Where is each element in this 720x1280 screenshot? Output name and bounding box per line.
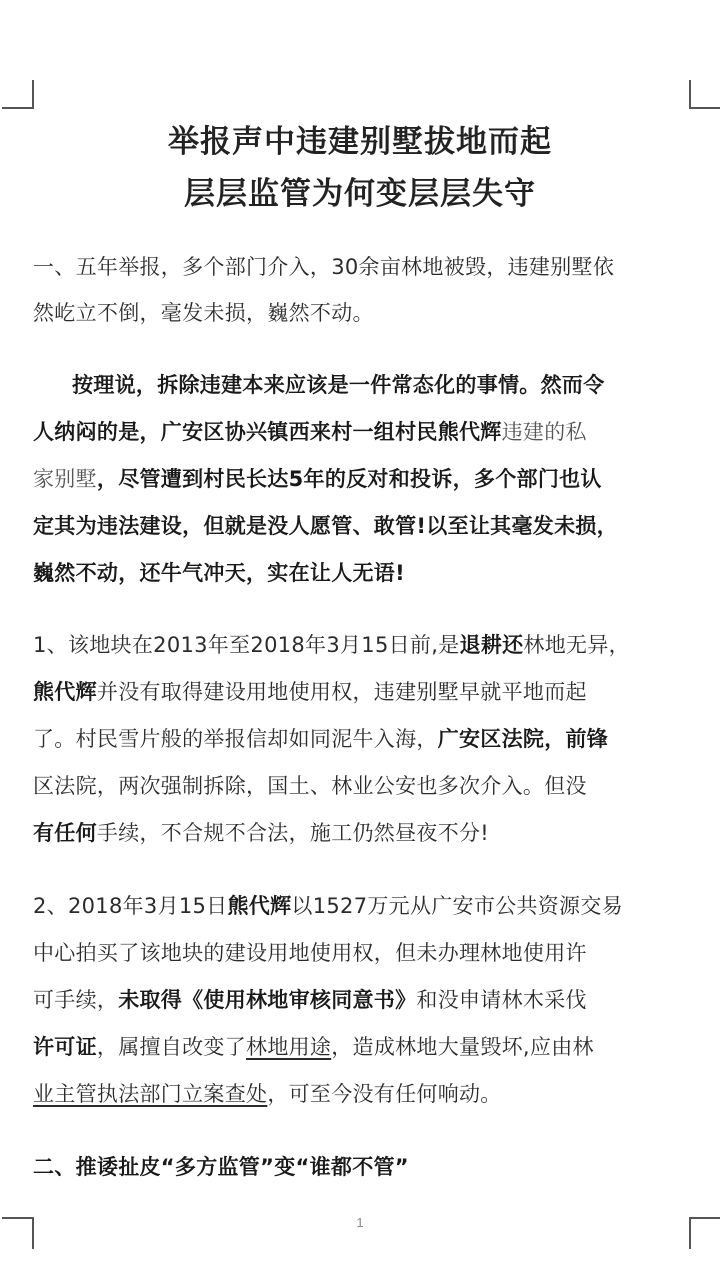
text-span: 定其为违法建设，但就是没人愿管、敢管!以至让其毫发未损， [33,514,618,538]
text-span: 熊代辉 [33,680,97,704]
text-span: 然屹立不倒，毫发未损，巍然不动。 [33,301,374,325]
text-span: 手续，不合规不合法，施工仍然昼夜不分! [97,821,489,845]
text-line: 许可证，属擅自改变了林地用途，造成林地大量毁坏,应由林 [33,1032,693,1062]
text-span: 有任何 [33,821,97,845]
document-page: 举报声中违建别墅拔地而起 层层监管为何变层层失守 一、五年举报，多个部门介入，3… [0,0,720,1280]
text-line: 一、五年举报，多个部门介入，30余亩林地被毁，违建别墅依 [33,252,693,282]
text-line: 区法院，两次强制拆除，国土、林业公安也多次介入。但没 [33,771,693,801]
text-span: 按理说，拆除违建本来应该是一件常态化的事情。然而令 [72,373,605,397]
text-line: 了。村民雪片般的举报信却如同泥牛入海，广安区法院，前锋 [33,724,693,754]
text-span: 1、该地块在2013年至2018年3月15日前,是 [33,633,460,657]
text-span: 业主管执法部门立案查处 [33,1082,267,1106]
document-title-line-2: 层层监管为何变层层失守 [0,168,720,213]
text-span: 广安区法院，前锋 [438,727,608,751]
text-line: 业主管执法部门立案查处，可至今没有任何响动。 [33,1079,693,1109]
text-span: 和没申请林木采伐 [416,988,586,1012]
text-line: 二、推诿扯皮“多方监管”变“谁都不管” [33,1152,693,1182]
text-line: 2、2018年3月15日熊代辉以1527万元从广安市公共资源交易 [33,891,693,921]
text-span: 中心拍买了该地块的建设用地使用权，但未办理林地使用许 [33,941,587,965]
text-span: 林地无异， [523,633,630,657]
text-span: 违建的私 [502,420,587,444]
text-span: 区法院，两次强制拆除，国土、林业公安也多次介入。但没 [33,774,587,798]
text-line: 熊代辉并没有取得建设用地使用权，违建别墅早就平地而起 [33,677,693,707]
page-number: 1 [0,1215,720,1230]
text-span: 可手续， [33,988,118,1012]
text-span: 一、五年举报，多个部门介入，30余亩林地被毁，违建别墅依 [33,255,614,279]
crop-mark-top-left [2,80,34,109]
text-line: 家别墅，尽管遭到村民长达5年的反对和投诉，多个部门也认 [33,464,693,494]
text-line: 有任何手续，不合规不合法，施工仍然昼夜不分! [33,818,693,848]
text-line: 然屹立不倒，毫发未损，巍然不动。 [33,298,693,328]
text-span: 许可证 [33,1035,97,1059]
text-span: 以1527万元从广安市公共资源交易 [291,894,623,918]
text-span: ，造成林地大量毁坏,应由林 [331,1035,594,1059]
text-line: 巍然不动，还牛气冲天，实在让人无语! [33,558,693,588]
text-line: 人纳闷的是，广安区协兴镇西来村一组村民熊代辉违建的私 [33,417,693,447]
text-span: 了。村民雪片般的举报信却如同泥牛入海， [33,727,438,751]
text-span: ，属擅自改变了 [97,1035,246,1059]
text-span: 退耕还 [460,633,524,657]
text-span: 并没有取得建设用地使用权，违建别墅早就平地而起 [97,680,587,704]
text-span: 巍然不动，还牛气冲天，实在让人无语! [33,561,405,585]
text-span: 家别墅 [33,467,97,491]
text-line: 按理说，拆除违建本来应该是一件常态化的事情。然而令 [72,370,720,400]
text-span: 2、2018年3月15日 [33,894,228,918]
crop-mark-top-right [689,80,720,109]
text-span: 林地用途 [246,1035,331,1059]
text-span: ，可至今没有任何响动。 [267,1082,501,1106]
document-title-line-1: 举报声中违建别墅拔地而起 [0,116,720,161]
text-span: 二、推诿扯皮“多方监管”变“谁都不管” [33,1155,409,1179]
text-span: ，尽管遭到村民长达5年的反对和投诉，多个部门也认 [97,467,602,491]
text-line: 可手续，未取得《使用林地审核同意书》和没申请林木采伐 [33,985,693,1015]
text-span: 未取得《使用林地审核同意书》 [118,988,416,1012]
text-line: 中心拍买了该地块的建设用地使用权，但未办理林地使用许 [33,938,693,968]
text-line: 定其为违法建设，但就是没人愿管、敢管!以至让其毫发未损， [33,511,693,541]
text-line: 1、该地块在2013年至2018年3月15日前,是退耕还林地无异， [33,630,693,660]
text-span: 人纳闷的是，广安区协兴镇西来村一组村民熊代辉 [33,420,502,444]
text-span: 熊代辉 [228,894,292,918]
